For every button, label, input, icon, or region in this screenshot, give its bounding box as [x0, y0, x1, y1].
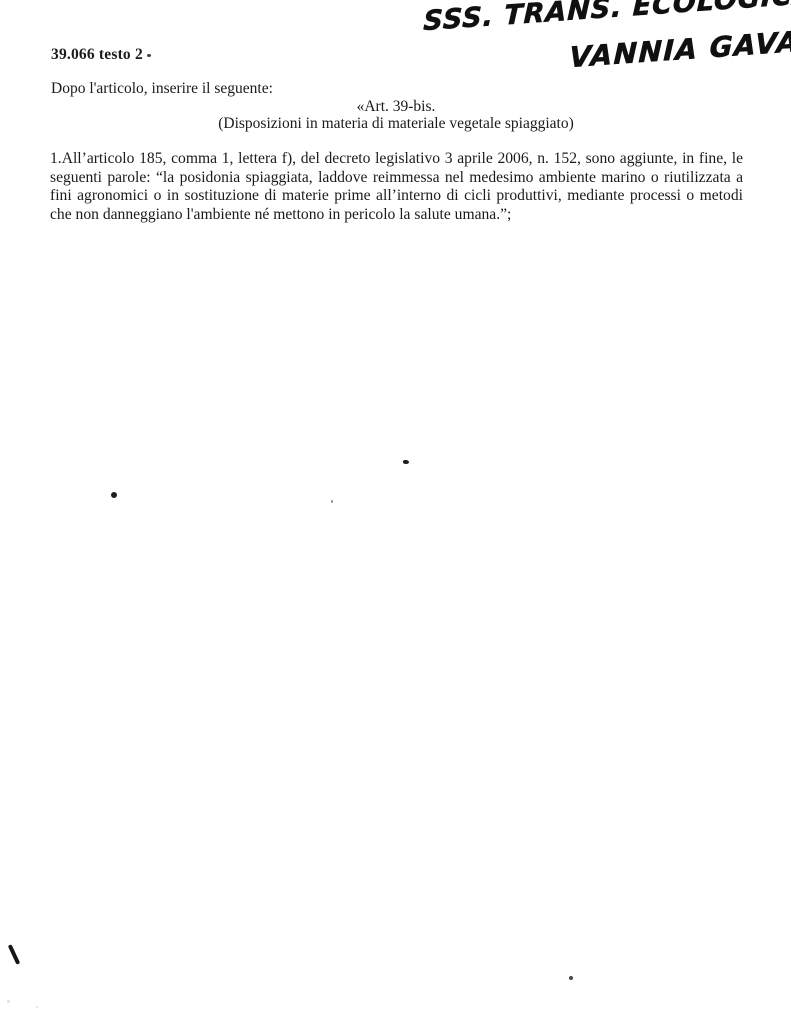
ink-speck	[569, 976, 573, 980]
article-subtitle: (Disposizioni in materia di materiale ve…	[50, 115, 742, 133]
scan-smudge	[36, 1006, 38, 1008]
amendment-reference: 39.066 testo 2	[51, 46, 143, 64]
amendment-body-paragraph: 1.All’articolo 185, comma 1, lettera f),…	[50, 150, 743, 224]
pen-stroke-mark	[8, 944, 21, 965]
ink-speck	[111, 492, 117, 498]
ink-speck	[403, 460, 409, 464]
article-heading: «Art. 39-bis.	[50, 98, 742, 116]
amendment-instruction: Dopo l'articolo, inserire il seguente:	[51, 80, 273, 98]
handwritten-annotation-line2: VANNIA GAVA	[569, 25, 791, 74]
ink-speck	[147, 54, 151, 57]
ink-speck	[331, 500, 333, 503]
scan-smudge	[7, 1000, 10, 1003]
scanned-document-page: SSS. TRANS. ECOLOGICA VANNIA GAVA 39.066…	[0, 0, 791, 1024]
